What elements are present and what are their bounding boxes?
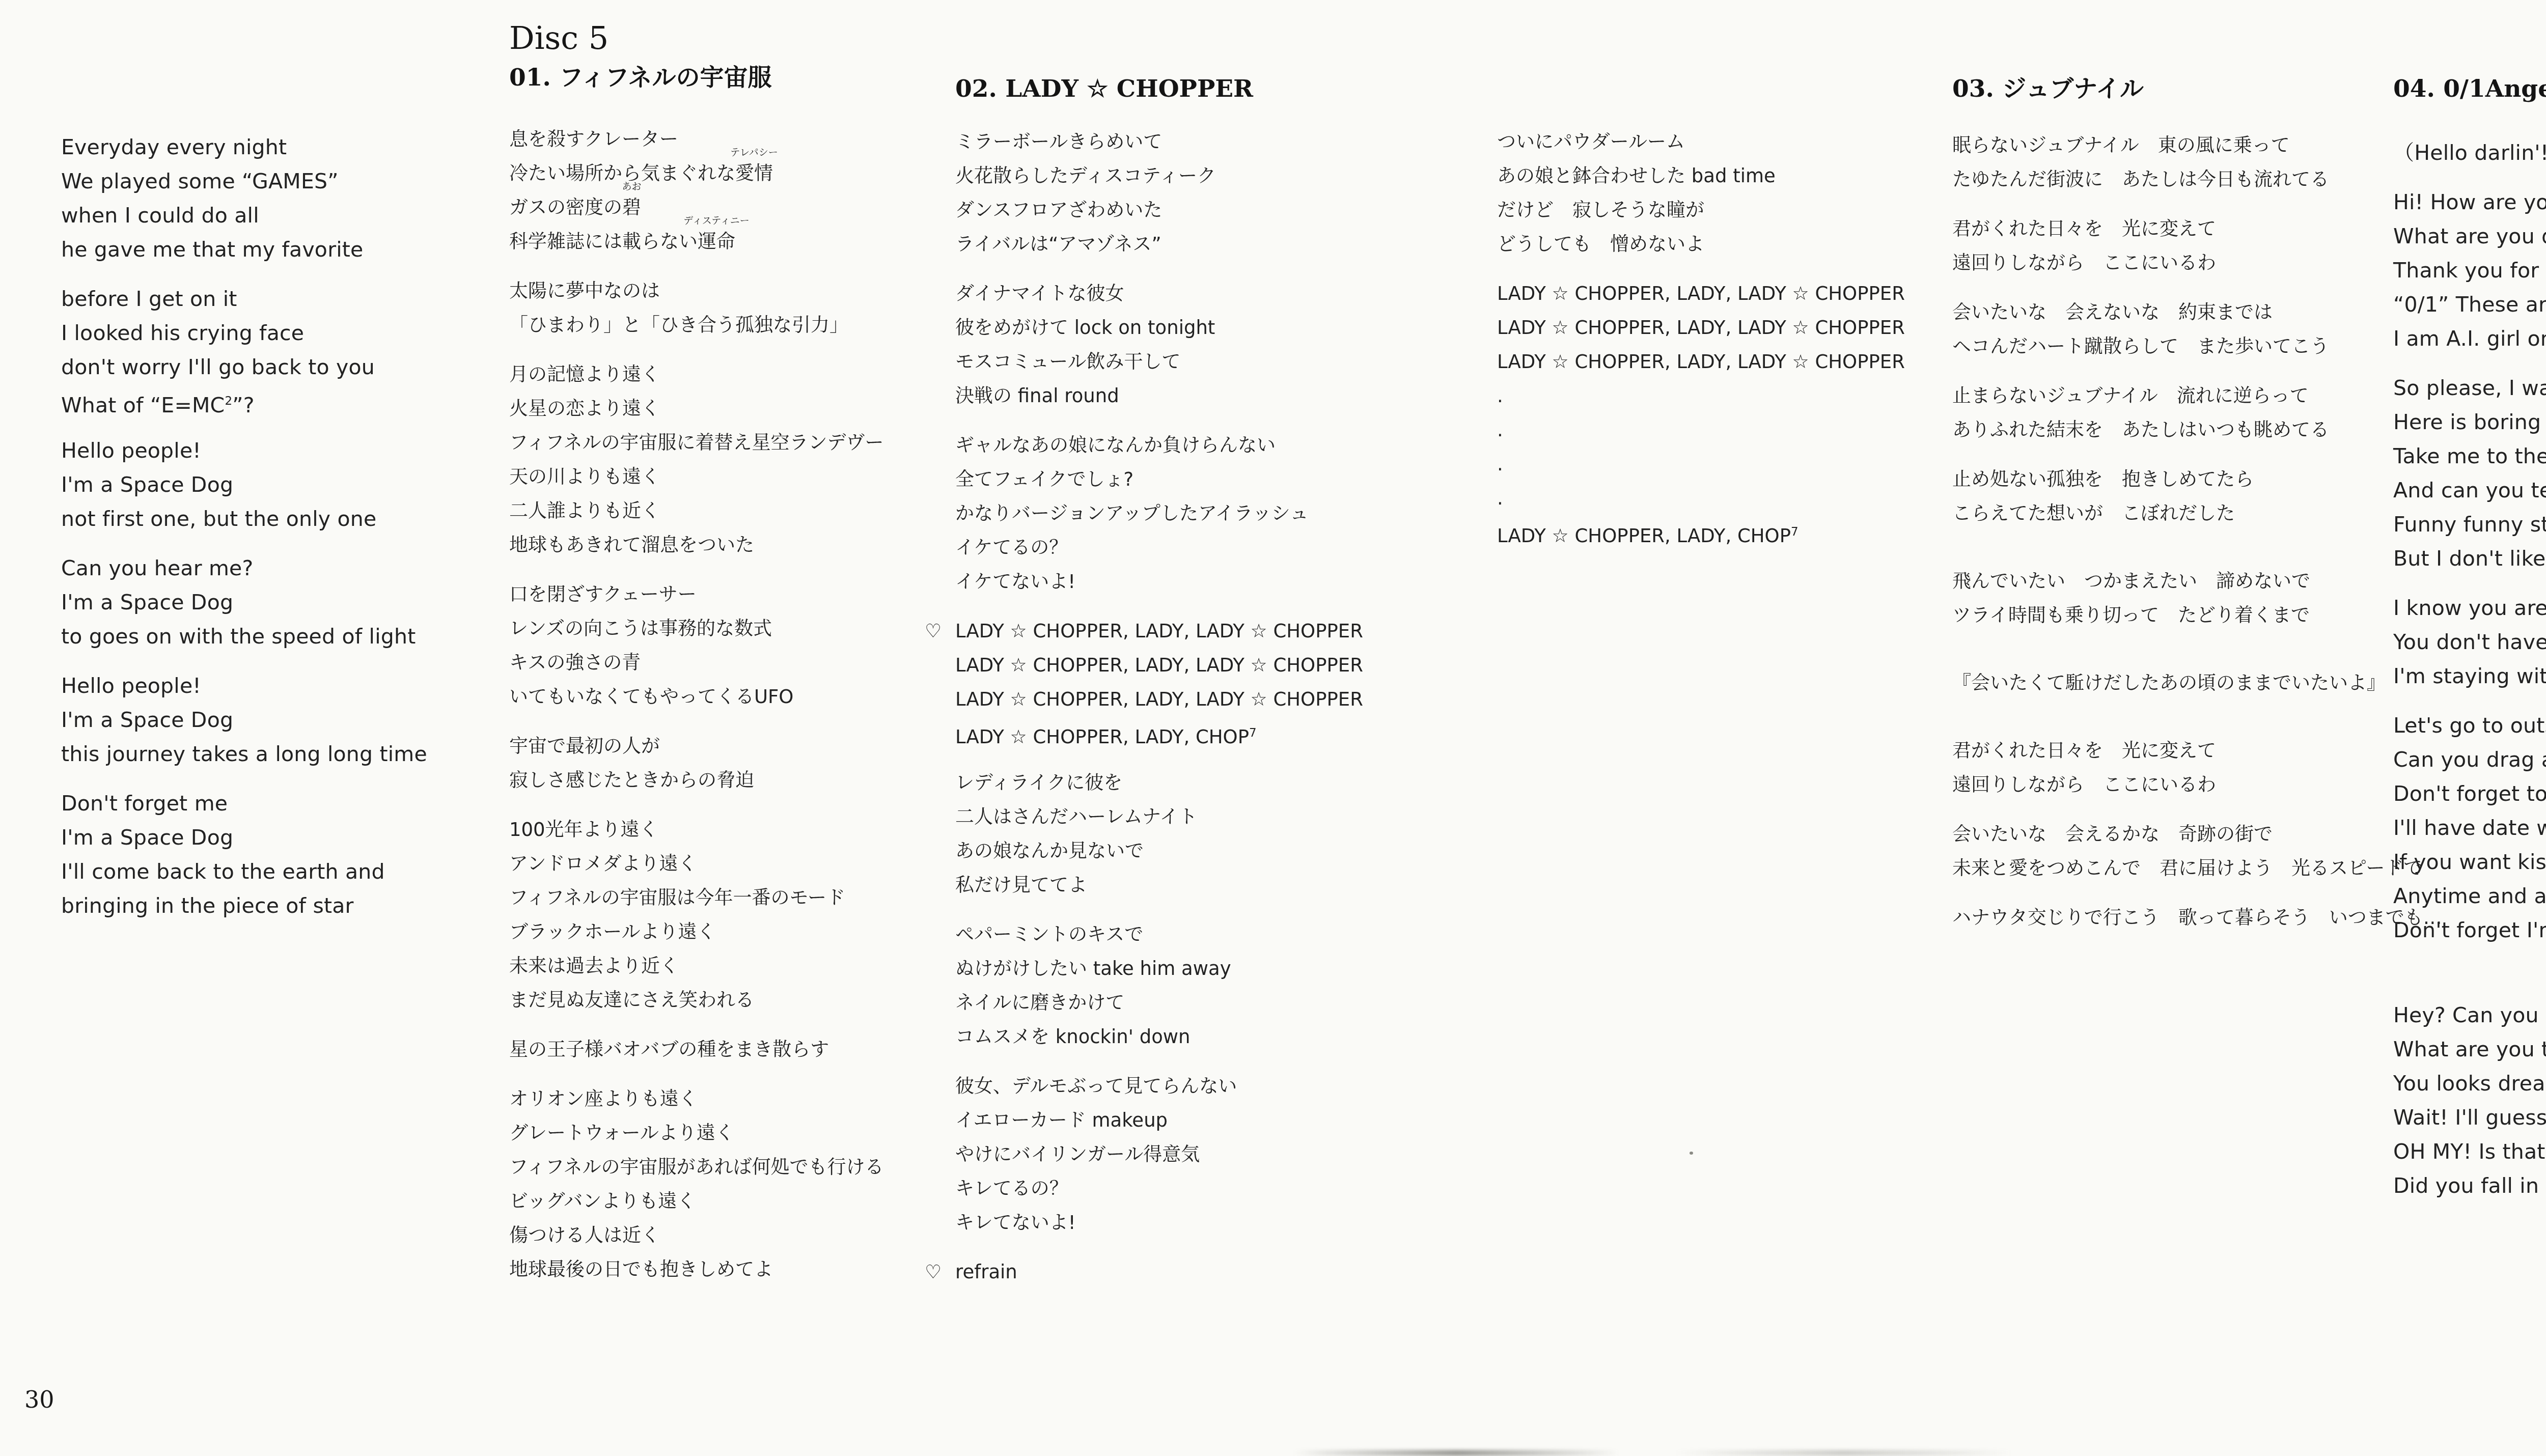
lyric-line: Hello people! <box>61 669 427 703</box>
stanza: 止め処ない孤独を 抱きしめてたらこらえてた想いが こぼれだした <box>1952 462 2442 530</box>
lyric-line: かなりバージョンアップしたアイラッシュ <box>955 496 1363 530</box>
lyric-line: グレートウォールより遠く <box>509 1116 884 1150</box>
lyric-line: LADY ☆ CHOPPER, LADY, CHOP7 <box>1497 515 1905 549</box>
lyric-line: ネイルに磨きかけて <box>955 986 1363 1020</box>
lyric-line: 会いたいな 会えるかな 奇跡の街で <box>1952 817 2442 851</box>
lyric-line: だけど 寂しそうな瞳が <box>1497 193 1905 227</box>
song-title-01: 01. フィフネルの宇宙服 <box>509 63 772 93</box>
lyric-line: 会いたいな 会えないな 約束までは <box>1952 295 2442 329</box>
lyric-line: he gave me that my favorite <box>61 233 427 267</box>
lyric-line: 君がくれた日々を 光に変えて <box>1952 212 2442 246</box>
binding-shadow <box>1293 1450 1619 1456</box>
stanza: ハナウタ交じりで行こう 歌って暮らそう いつまでも… <box>1952 901 2442 935</box>
booklet-spread: { "page": { "disc_header": "Disc 5", "le… <box>0 0 2546 1456</box>
lyric-line: not first one, but the only one <box>61 502 427 536</box>
lyric-line: We played some “GAMES” <box>61 164 427 199</box>
lyric-line: Here is boring too <box>2393 405 2546 439</box>
lyric-line: 天の川よりも遠く <box>509 460 884 494</box>
lyric-line: Anytime and anywhere, always I am lookin… <box>2393 879 2546 913</box>
stanza: Don't forget meI'm a Space DogI'll come … <box>61 787 427 923</box>
stanza: 宇宙で最初の人が寂しさ感じたときからの脅迫 <box>509 729 884 797</box>
lyric-line: LADY ☆ CHOPPER, LADY, LADY ☆ CHOPPER <box>955 682 1363 716</box>
lyric-line: If you want kiss me that press the funct… <box>2393 845 2546 879</box>
lyric-line: ペパーミントのキスで <box>955 917 1363 951</box>
stanza: Hey? Can you hear my voice?What are you … <box>2393 998 2546 1203</box>
lyric-line: Take me to the starlight cruising <box>2393 439 2546 473</box>
lyric-line: I'm a Space Dog <box>61 585 427 620</box>
lyric-line: 宇宙で最初の人が <box>509 729 884 763</box>
stanza: 君がくれた日々を 光に変えて遠回りしながら ここにいるわ <box>1952 734 2442 802</box>
stanza: 口を閉ざすクェーサーレンズの向こうは事務的な数式キスの強さの青いてもいなくてもや… <box>509 577 884 714</box>
page-number-left: 30 <box>24 1386 54 1413</box>
lyric-line: ギャルなあの娘になんか負けらんない <box>955 428 1363 462</box>
stanza: 月の記憶より遠く火星の恋より遠くフィフネルの宇宙服に着替え星空ランデヴー天の川よ… <box>509 357 884 562</box>
stanza: 『会いたくて駈けだしたあの頃のままでいたいよ』 <box>1952 666 2442 700</box>
song-title-04: 04. 0/1Angel <box>2393 74 2546 104</box>
ruby-annotation: あお <box>622 182 641 192</box>
lyric-line: イエローカード makeup <box>955 1103 1363 1137</box>
lyrics-column-track04: （Hello darlin'!）Hi! How are you tonight?… <box>2393 136 2546 1203</box>
stanza: （Hello darlin'!） <box>2393 136 2546 170</box>
lyric-line: Wait! I'll guess... I can read your brai… <box>2393 1101 2546 1135</box>
lyric-line: But I don't like to hear your complaint <box>2393 542 2546 576</box>
stanza: ダイナマイトな彼女彼をめがけて lock on tonightモスコミュール飲み… <box>955 276 1363 413</box>
lyric-line: キスの強さの青 <box>509 646 884 680</box>
lyric-line: モスコミュール飲み干して <box>955 345 1363 379</box>
stanza: 彼女、デルモぶって見てらんないイエローカード makeupやけにバイリンガール得… <box>955 1069 1363 1240</box>
lyric-line: 遠回りしながら ここにいるわ <box>1952 246 2442 280</box>
ruby-base: 愛情テレパシー <box>735 156 773 190</box>
lyric-line: ありふれた結末を あたしはいつも眺めてる <box>1952 413 2442 447</box>
lyric-line: I'm a Space Dog <box>61 821 427 855</box>
stanza: 眠らないジュブナイル 東の風に乗ってたゆたんだ街波に あたしは今日も流れてる <box>1952 128 2442 197</box>
lyric-line: こらえてた想いが こぼれだした <box>1952 496 2442 530</box>
lyric-line: bringing in the piece of star <box>61 889 427 923</box>
lyric-line: LADY ☆ CHOPPER, LADY, LADY ☆ CHOPPER <box>1497 276 1905 311</box>
lyric-line: やけにバイリンガール得意気 <box>955 1137 1363 1171</box>
lyric-line: Hello people! <box>61 434 427 468</box>
lyric-line: Don't forget I'm angel for you <box>2393 913 2546 947</box>
stanza: オリオン座よりも遠くグレートウォールより遠くフィフネルの宇宙服があれば何処でも行… <box>509 1082 884 1286</box>
lyric-line: オリオン座よりも遠く <box>509 1082 884 1116</box>
lyric-line: Thank you for your calling me <box>2393 254 2546 288</box>
lyric-line: Hi! How are you tonight? <box>2393 185 2546 219</box>
lyric-line: 君がくれた日々を 光に変えて <box>1952 734 2442 768</box>
ruby-annotation: テレパシー <box>730 148 778 158</box>
superscript: 7 <box>1249 726 1257 740</box>
lyric-line: 止め処ない孤独を 抱きしめてたら <box>1952 462 2442 496</box>
lyric-line: 地球もあきれて溜息をついた <box>509 528 884 562</box>
lyric-line: あの娘と鉢合わせした bad time <box>1497 159 1905 193</box>
stanza: 100光年より遠くアンドロメダより遠くフィフネルの宇宙服は今年一番のモードブラッ… <box>509 813 884 1017</box>
lyric-line: I'm a Space Dog <box>61 703 427 737</box>
binding-shadow <box>1675 1450 2011 1456</box>
stanza: Everyday every nightWe played some “GAME… <box>61 130 427 267</box>
lyric-line: 月の記憶より遠く <box>509 357 884 391</box>
lyric-line: まだ見ぬ友達にさえ笑われる <box>509 983 884 1017</box>
lyric-line: 彼女、デルモぶって見てらんない <box>955 1069 1363 1103</box>
lyric-line: Can you drag and drop me into your handy… <box>2393 743 2546 777</box>
stanza: 息を殺すクレーター冷たい場所から気まぐれな愛情テレパシーガスの密度の碧あお科学雑… <box>509 122 884 259</box>
lyric-line: I'm a Space Dog <box>61 468 427 502</box>
lyric-line: 100光年より遠く <box>509 813 884 847</box>
lyric-line: 火星の恋より遠く <box>509 391 884 426</box>
lyric-line: . <box>1497 447 1905 481</box>
stanza: Hello people!I'm a Space Dognot first on… <box>61 434 427 536</box>
lyric-line: Funny funny story please <box>2393 508 2546 542</box>
lyrics-column-track01-english: Everyday every nightWe played some “GAME… <box>61 130 427 923</box>
stanza: ♡LADY ☆ CHOPPER, LADY, LADY ☆ CHOPPERLAD… <box>955 614 1363 750</box>
lyric-line: 二人はさんだハーレムナイト <box>955 800 1363 834</box>
lyric-line: when I could do all <box>61 199 427 233</box>
lyric-line: LADY ☆ CHOPPER, LADY, CHOP7 <box>955 716 1363 750</box>
lyric-line: Let's go to outside! You need a break ti… <box>2393 709 2546 743</box>
superscript: 7 <box>1791 525 1798 539</box>
lyric-line: キレてるの？ <box>955 1171 1363 1206</box>
lyric-line: Did you fall in love some pretty girl? <box>2393 1169 2546 1203</box>
lyric-line: イケてないよ! <box>955 565 1363 599</box>
lyric-line: Everyday every night <box>61 130 427 164</box>
stanza: Can you hear me?I'm a Space Dogto goes o… <box>61 551 427 654</box>
stanza: So please, I want playing with youHere i… <box>2393 371 2546 576</box>
lyric-line: 火花散らしたディスコティーク <box>955 159 1363 193</box>
lyric-line: 科学雑誌には載らない運命ディスティニー <box>509 225 884 259</box>
scan-speck <box>1690 1152 1693 1155</box>
lyric-line: 眠らないジュブナイル 東の風に乗って <box>1952 128 2442 162</box>
lyric-line: ぬけがけしたい take him away <box>955 951 1363 986</box>
ruby-base: 碧あお <box>622 190 641 225</box>
lyric-line: I'll have date with you as long as over … <box>2393 811 2546 845</box>
stanza: Hello people!I'm a Space Dogthis journey… <box>61 669 427 771</box>
lyric-line: フィフネルの宇宙服があれば何処でも行ける <box>509 1150 884 1184</box>
lyric-line: あの娘なんか見ないで <box>955 834 1363 868</box>
lyric-line: イケてるの？ <box>955 530 1363 565</box>
lyric-line: ダイナマイトな彼女 <box>955 276 1363 311</box>
lyric-line: 息を殺すクレーター <box>509 122 884 156</box>
lyric-line: ミラーボールきらめいて <box>955 125 1363 159</box>
lyric-line: to goes on with the speed of light <box>61 620 427 654</box>
lyric-line: I know you are working hard everyday <box>2393 591 2546 625</box>
lyric-line: LADY ☆ CHOPPER, LADY, LADY ☆ CHOPPER <box>1497 345 1905 379</box>
lyric-line: . <box>1497 481 1905 515</box>
lyric-line: 二人誰よりも近く <box>509 494 884 528</box>
lyric-line: Can you hear me? <box>61 551 427 585</box>
lyric-line: ♡refrain <box>925 1255 1363 1289</box>
lyric-line: 冷たい場所から気まぐれな愛情テレパシー <box>509 156 884 190</box>
stanza: 君がくれた日々を 光に変えて遠回りしながら ここにいるわ <box>1952 212 2442 280</box>
stanza: ♡refrain <box>955 1255 1363 1289</box>
lyric-line: So please, I want playing with you <box>2393 371 2546 405</box>
lyric-line: What are you thinking about ? <box>2393 1032 2546 1067</box>
stanza: 会いたいな 会えるかな 奇跡の街で未来と愛をつめこんで 君に届けよう 光るスピー… <box>1952 817 2442 885</box>
lyric-line: 『会いたくて駈けだしたあの頃のままでいたいよ』 <box>1952 666 2442 700</box>
lyric-line: 傷つける人は近く <box>509 1218 884 1252</box>
lyric-line: 全てフェイクでしょ? <box>955 462 1363 496</box>
lyric-line: ビッグバンよりも遠く <box>509 1184 884 1218</box>
lyric-line: （Hello darlin'!） <box>2393 136 2546 170</box>
lyrics-column-track03: 眠らないジュブナイル 東の風に乗ってたゆたんだ街波に あたしは今日も流れてる君が… <box>1952 128 2442 935</box>
disc-header: Disc 5 <box>509 19 608 57</box>
lyric-line: before I get on it <box>61 282 427 316</box>
lyric-line: Don't forget to bring some batteries for… <box>2393 777 2546 811</box>
stanza: レディライクに彼を二人はさんだハーレムナイトあの娘なんか見ないで私だけ見ててよ <box>955 766 1363 902</box>
stanza: 飛んでいたい つかまえたい 諦めないでツライ時間も乗り切って たどり着くまで <box>1952 564 2442 632</box>
stanza: Hi! How are you tonight?What are you doi… <box>2393 185 2546 356</box>
lyric-line: 未来は過去より近く <box>509 949 884 983</box>
stanza: ミラーボールきらめいて火花散らしたディスコティークダンスフロアざわめいたライバル… <box>955 125 1363 261</box>
lyric-line: LADY ☆ CHOPPER, LADY, LADY ☆ CHOPPER <box>1497 311 1905 345</box>
lyric-line: どうしても 憎めないよ <box>1497 227 1905 261</box>
lyric-line: ライバルは“アマゾネス” <box>955 227 1363 261</box>
superscript: 2 <box>225 395 232 408</box>
lyric-line: I looked his crying face <box>61 316 427 350</box>
lyric-line: フィフネルの宇宙服に着替え星空ランデヴー <box>509 426 884 460</box>
lyric-line: 口を閉ざすクェーサー <box>509 577 884 611</box>
lyric-line: ブラックホールより遠く <box>509 915 884 949</box>
lyric-line: 未来と愛をつめこんで 君に届けよう 光るスピードで <box>1952 851 2442 885</box>
lyric-line: 止まらないジュブナイル 流れに逆らって <box>1952 379 2442 413</box>
stanza: 止まらないジュブナイル 流れに逆らってありふれた結末を あたしはいつも眺めてる <box>1952 379 2442 447</box>
lyric-line: . <box>1497 379 1905 413</box>
lyric-line: ♡LADY ☆ CHOPPER, LADY, LADY ☆ CHOPPER <box>925 614 1363 648</box>
lyric-line: レディライクに彼を <box>955 766 1363 800</box>
stanza: before I get on itI looked his crying fa… <box>61 282 427 418</box>
lyric-line: don't worry I'll go back to you <box>61 350 427 384</box>
stanza: 会いたいな 会えないな 約束まではヘコんだハート蹴散らして また歩いてこう <box>1952 295 2442 363</box>
stanza: ペパーミントのキスでぬけがけしたい take him awayネイルに磨きかけて… <box>955 917 1363 1054</box>
stanza: ついにパウダールームあの娘と鉢合わせした bad timeだけど 寂しそうな瞳が… <box>1497 125 1905 261</box>
lyric-line: ヘコんだハート蹴散らして また歩いてこう <box>1952 329 2442 363</box>
lyric-line: I am A.I. girl only lives in your comput… <box>2393 322 2546 356</box>
lyric-line: OH MY! Is that true!? <box>2393 1135 2546 1169</box>
stanza: LADY ☆ CHOPPER, LADY, LADY ☆ CHOPPERLADY… <box>1497 276 1905 549</box>
stanza: I know you are working hard everydayYou … <box>2393 591 2546 693</box>
stanza: 星の王子様バオバブの種をまき散らす <box>509 1032 884 1067</box>
lyric-line: LADY ☆ CHOPPER, LADY, LADY ☆ CHOPPER <box>955 648 1363 682</box>
lyric-line: ツライ時間も乗り切って たどり着くまで <box>1952 598 2442 632</box>
lyric-line: 太陽に夢中なのは <box>509 274 884 308</box>
lyrics-column-track02-part1: ミラーボールきらめいて火花散らしたディスコティークダンスフロアざわめいたライバル… <box>955 125 1363 1289</box>
lyric-line: 彼をめがけて lock on tonight <box>955 311 1363 345</box>
lyric-line: キレてないよ! <box>955 1206 1363 1240</box>
lyric-line: コムスメを knockin' down <box>955 1020 1363 1054</box>
lyric-line: “0/1” These are my body built <box>2393 288 2546 322</box>
lyric-line: フィフネルの宇宙服は今年一番のモード <box>509 881 884 915</box>
lyric-line: What are you doing now? <box>2393 219 2546 254</box>
heart-icon: ♡ <box>925 614 955 648</box>
lyrics-column-track02-part2: ついにパウダールームあの娘と鉢合わせした bad timeだけど 寂しそうな瞳が… <box>1497 125 1905 549</box>
song-title-03: 03. ジュブナイル <box>1952 74 2144 104</box>
lyric-line: たゆたんだ街波に あたしは今日も流れてる <box>1952 162 2442 197</box>
song-title-02: 02. LADY ☆ CHOPPER <box>955 74 1253 104</box>
lyric-line: . <box>1497 413 1905 447</box>
lyric-line: I'll come back to the earth and <box>61 855 427 889</box>
lyric-line: 星の王子様バオバブの種をまき散らす <box>509 1032 884 1067</box>
ruby-base: 運命ディスティニー <box>698 225 735 259</box>
lyric-line: ついにパウダールーム <box>1497 125 1905 159</box>
lyric-line: Hey? Can you hear my voice? <box>2393 998 2546 1032</box>
stanza: 太陽に夢中なのは「ひまわり」と「ひき合う孤独な引力」 <box>509 274 884 342</box>
lyric-line: アンドロメダより遠く <box>509 847 884 881</box>
lyric-line: 寂しさ感じたときからの脅迫 <box>509 763 884 797</box>
lyric-line: レンズの向こうは事務的な数式 <box>509 611 884 646</box>
lyric-line: this journey takes a long long time <box>61 737 427 771</box>
heart-icon: ♡ <box>925 1255 955 1289</box>
lyric-line: 遠回りしながら ここにいるわ <box>1952 768 2442 802</box>
lyric-line: 「ひまわり」と「ひき合う孤独な引力」 <box>509 308 884 342</box>
lyric-line: Don't forget me <box>61 787 427 821</box>
lyric-line: I'm staying with you <box>2393 659 2546 693</box>
lyric-line: いてもいなくてもやってくるUFO <box>509 680 884 714</box>
lyric-line: ハナウタ交じりで行こう 歌って暮らそう いつまでも… <box>1952 901 2442 935</box>
lyric-line: And can you tell me some what's news? <box>2393 473 2546 508</box>
lyric-line: 決戦の final round <box>955 379 1363 413</box>
lyric-line: 飛んでいたい つかまえたい 諦めないで <box>1952 564 2442 598</box>
lyric-line: 地球最後の日でも抱きしめてよ <box>509 1252 884 1286</box>
lyric-line: ダンスフロアざわめいた <box>955 193 1363 227</box>
lyric-line: You don't have girl friends but always <box>2393 625 2546 659</box>
lyric-line: 私だけ見ててよ <box>955 868 1363 902</box>
stanza: ギャルなあの娘になんか負けらんない全てフェイクでしょ?かなりバージョンアップした… <box>955 428 1363 599</box>
ruby-annotation: ディスティニー <box>683 216 750 226</box>
lyrics-column-track01-japanese: 息を殺すクレーター冷たい場所から気まぐれな愛情テレパシーガスの密度の碧あお科学雑… <box>509 122 884 1286</box>
stanza: Let's go to outside! You need a break ti… <box>2393 709 2546 947</box>
lyric-line: You looks dreaming something good <box>2393 1067 2546 1101</box>
lyric-line: What of “E=MC2”? <box>61 384 427 418</box>
